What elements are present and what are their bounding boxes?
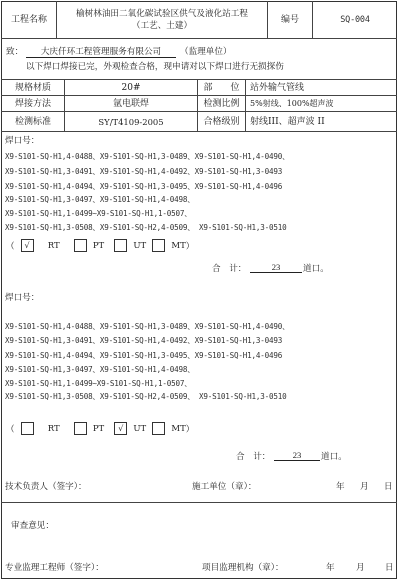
weld-joint-line: X9-S101-SQ-H1,1-0499~X9-S101-SQ-H1,1-050… <box>5 378 192 389</box>
method-label-mt: MT <box>171 241 185 251</box>
total-value-2: 23 <box>274 450 320 461</box>
method-selector-1: （ √ RT PT UT MT） <box>6 235 194 254</box>
recipient-name: 大庆仟环工程管理服务有限公司 <box>26 45 176 58</box>
date-month: 月 <box>356 561 365 573</box>
project-name-line2: （工艺、土建） <box>132 20 192 32</box>
weld-joint-line: X9-S101-SQ-H1,4-0494、X9-S101-SQ-H1,3-049… <box>5 181 282 192</box>
weld-joint-line: X9-S101-SQ-H1,4-0488、X9-S101-SQ-H1,3-048… <box>5 151 290 162</box>
date-day: 日 <box>384 480 393 492</box>
weld-joint-line: X9-S101-SQ-H1,4-0488、X9-S101-SQ-H1,3-048… <box>5 321 290 332</box>
spec-value-inspection-ratio: 5%射线、100%超声波 <box>246 96 396 111</box>
total-unit-2: 道口。 <box>321 450 347 462</box>
total-label-2: 合 计： <box>236 450 270 462</box>
spec-value-standard: SY/T4109-2005 <box>65 112 197 131</box>
spec-value-welding-method: 氩电联焊 <box>65 96 197 111</box>
spec-value-location: 站外输气管线 <box>246 80 396 95</box>
checkbox-pt[interactable] <box>74 422 87 435</box>
method-label-mt: MT <box>171 424 185 434</box>
checkbox-mt[interactable] <box>152 422 165 435</box>
weld-joint-line: X9-S101-SQ-H1,3-0491、X9-S101-SQ-H1,4-049… <box>5 335 282 346</box>
total-label-1: 合 计： <box>212 262 246 274</box>
divider <box>1 502 397 503</box>
weld-joints-title-2: 焊口号： <box>5 291 39 303</box>
request-statement: 以下焊口焊接已完，外观检查合格，现申请对以下焊口进行无损探伤 <box>26 60 284 72</box>
method-label-ut: UT <box>133 424 146 434</box>
checkbox-rt[interactable] <box>21 422 34 435</box>
spec-label-material: 规格材质 <box>2 80 64 95</box>
number-label: 编号 <box>268 2 312 38</box>
method-label-ut: UT <box>133 241 146 251</box>
date-year: 年 <box>326 561 335 573</box>
number-value: SQ-004 <box>313 2 397 38</box>
date-day: 日 <box>385 561 394 573</box>
spec-value-material: 20# <box>65 80 197 95</box>
construction-unit-seal-label: 施工单位（章）： <box>192 480 256 492</box>
project-name-line1: 榆树林油田二氧化碳试验区供气及液化站工程 <box>76 8 248 20</box>
weld-joint-line: X9-S101-SQ-H1,1-0499~X9-S101-SQ-H1,1-050… <box>5 208 192 219</box>
weld-joint-line: X9-S101-SQ-H1,3-0508、X9-S101-SQ-H2,4-050… <box>5 222 286 233</box>
close-paren: ） <box>186 423 195 435</box>
weld-joint-line: X9-S101-SQ-H1,3-0508、X9-S101-SQ-H2,4-050… <box>5 391 286 402</box>
weld-joints-title-1: 焊口号： <box>5 134 39 146</box>
supervision-agency-seal-label: 项目监理机构（章）： <box>202 561 284 573</box>
recipient-role: （监理单位） <box>180 45 232 57</box>
project-name-label: 工程名称 <box>2 2 56 38</box>
date-year: 年 <box>336 480 345 492</box>
divider <box>1 131 397 132</box>
supervising-engineer-signature-label: 专业监理工程师（签字）： <box>5 561 104 573</box>
spec-label-grade: 合格级别 <box>198 112 245 131</box>
divider <box>1 38 397 39</box>
method-label-pt: PT <box>93 424 104 434</box>
tech-lead-signature-label: 技术负责人（签字）： <box>5 480 87 492</box>
checkbox-pt[interactable] <box>74 239 87 252</box>
spec-label-standard: 检测标准 <box>2 112 64 131</box>
weld-joint-line: X9-S101-SQ-H1,4-0494、X9-S101-SQ-H1,3-049… <box>5 350 282 361</box>
weld-joint-line: X9-S101-SQ-H1,3-0491、X9-S101-SQ-H1,4-049… <box>5 166 282 177</box>
open-paren: （ <box>6 423 15 435</box>
spec-value-grade: 射线III、超声波 II <box>246 112 396 131</box>
open-paren: （ <box>6 240 15 252</box>
checkbox-rt[interactable]: √ <box>21 239 34 252</box>
method-label-pt: PT <box>93 241 104 251</box>
review-opinion-label: 审查意见： <box>11 519 54 531</box>
close-paren: ） <box>186 240 195 252</box>
spec-label-inspection-ratio: 检测比例 <box>198 96 245 111</box>
weld-joint-line: X9-S101-SQ-H1,3-0497、X9-S101-SQ-H1,4-049… <box>5 364 195 375</box>
to-label: 致： <box>6 45 23 57</box>
project-name-value: 榆树林油田二氧化碳试验区供气及液化站工程 （工艺、土建） <box>57 2 267 38</box>
checkbox-ut[interactable]: √ <box>114 422 127 435</box>
method-label-rt: RT <box>48 424 60 434</box>
total-unit-1: 道口。 <box>303 262 329 274</box>
weld-joint-line: X9-S101-SQ-H1,3-0497、X9-S101-SQ-H1,4-049… <box>5 194 195 205</box>
spec-label-location: 部 位 <box>198 80 245 95</box>
checkbox-ut[interactable] <box>114 239 127 252</box>
date-month: 月 <box>360 480 369 492</box>
checkbox-mt[interactable] <box>152 239 165 252</box>
spec-label-welding-method: 焊接方法 <box>2 96 64 111</box>
method-selector-2: （ RT PT √ UT MT） <box>6 418 194 437</box>
method-label-rt: RT <box>48 241 60 251</box>
total-value-1: 23 <box>250 262 302 273</box>
